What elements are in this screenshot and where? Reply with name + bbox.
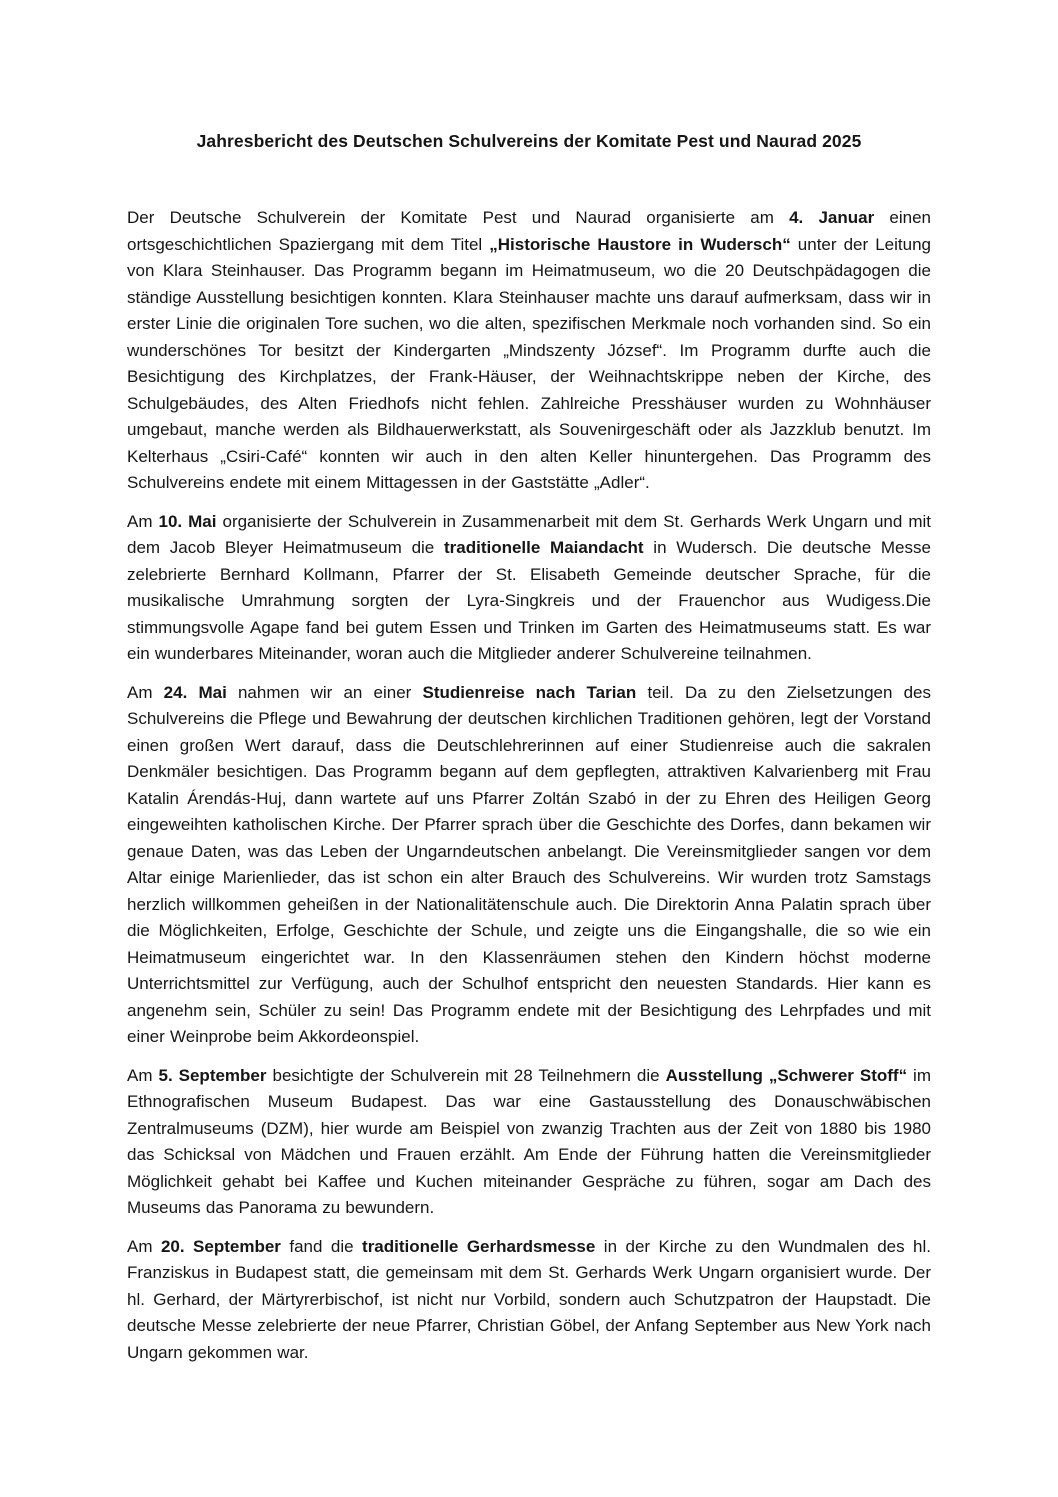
bold-text-run: „Historische Haustore in Wudersch“ [489, 235, 790, 254]
paragraph-may-devotion: Am 10. Mai organisierte der Schulverein … [127, 509, 931, 668]
text-run: teil. Da zu den Zielsetzungen des Schulv… [127, 683, 931, 1047]
text-run: besichtigte der Schulverein mit 28 Teiln… [267, 1066, 666, 1085]
bold-text-run: 24. Mai [164, 683, 227, 702]
text-run: Am [127, 1237, 161, 1256]
paragraph-september-exhibition: Am 5. September besichtigte der Schulver… [127, 1063, 931, 1222]
page-title: Jahresbericht des Deutschen Schulvereins… [127, 128, 931, 154]
text-run: Der Deutsche Schulverein der Komitate Pe… [127, 208, 789, 227]
bold-text-run: traditionelle Gerhardsmesse [362, 1237, 595, 1256]
bold-text-run: 5. September [158, 1066, 266, 1085]
document-body: Jahresbericht des Deutschen Schulvereins… [127, 128, 931, 1378]
text-run: im Ethnografischen Museum Budapest. Das … [127, 1066, 931, 1218]
text-run: Am [127, 1066, 158, 1085]
document-page: Jahresbericht des Deutschen Schulvereins… [0, 0, 1058, 1497]
paragraph-study-trip: Am 24. Mai nahmen wir an einer Studienre… [127, 680, 931, 1051]
text-run: fand die [281, 1237, 362, 1256]
text-run: unter der Leitung von Klara Steinhauser.… [127, 235, 931, 493]
bold-text-run: Ausstellung „Schwerer Stoff“ [666, 1066, 908, 1085]
text-run: Am [127, 683, 164, 702]
bold-text-run: 20. September [161, 1237, 281, 1256]
bold-text-run: 10. Mai [159, 512, 217, 531]
bold-text-run: traditionelle Maiandacht [444, 538, 644, 557]
paragraph-gerhardsmesse: Am 20. September fand die traditionelle … [127, 1234, 931, 1367]
bold-text-run: Studienreise nach Tarian [422, 683, 636, 702]
text-run: Am [127, 512, 159, 531]
paragraph-january-walk: Der Deutsche Schulverein der Komitate Pe… [127, 205, 931, 497]
bold-text-run: 4. Januar [789, 208, 874, 227]
text-run: nahmen wir an einer [227, 683, 423, 702]
